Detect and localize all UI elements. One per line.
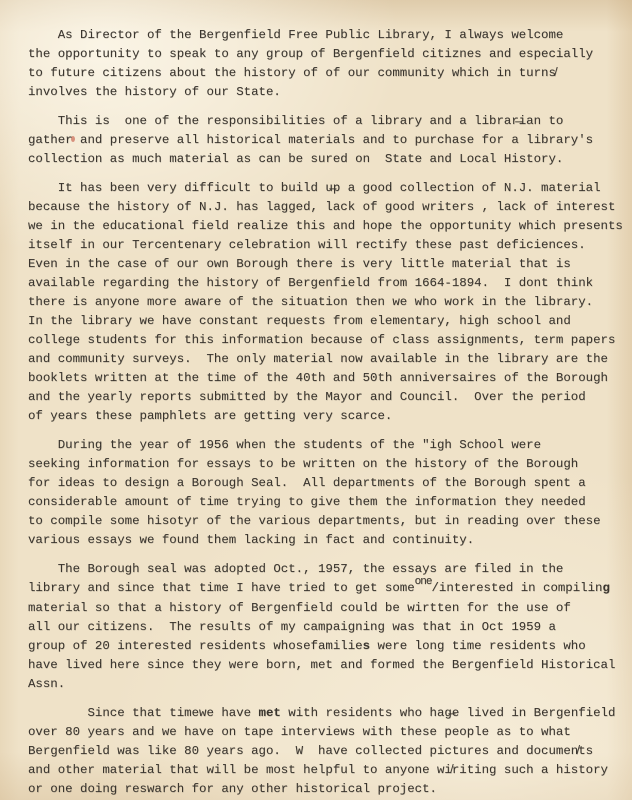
- text-segment: and the yearly reports submitted by the …: [28, 390, 586, 404]
- text-segment: involves the history of our State.: [28, 85, 281, 99]
- typed-insertion-above-line: one: [415, 576, 432, 588]
- text-segment: g: [603, 581, 610, 595]
- text-segment: collection as much material as can be su…: [28, 152, 563, 166]
- text-segment: As Director of the Bergenfield Free Publ…: [28, 28, 563, 42]
- text-line: This is one of the responsibilities of a…: [28, 112, 630, 131]
- text-line: group of 20 interested residents whosefa…: [28, 637, 630, 656]
- typewritten-text: As Director of the Bergenfield Free Publ…: [28, 26, 630, 799]
- text-line: there is anyone more aware of the situat…: [28, 293, 630, 312]
- text-line: collection as much material as can be su…: [28, 150, 630, 169]
- text-segment: material so that a history of Bergenfiel…: [28, 601, 571, 615]
- text-segment: It has been very difficult to build u̶p …: [28, 181, 601, 195]
- paper-page: As Director of the Bergenfield Free Publ…: [0, 0, 632, 800]
- text-segment: The Borough seal was adopted Oct., 1957,…: [28, 562, 563, 576]
- text-segment: group of 20 interested residents whosefa…: [28, 639, 363, 653]
- text-segment: college students for this information be…: [28, 333, 615, 347]
- text-segment: and community surveys. The only material…: [28, 352, 608, 366]
- text-segment: /interested in compilin: [431, 581, 602, 595]
- text-line: itself in our Tercentenary celebration w…: [28, 236, 630, 255]
- text-segment: During the year of 1956 when the student…: [28, 438, 541, 452]
- paragraph: It has been very difficult to build u̶p …: [28, 179, 630, 426]
- text-line: seeking information for essays to be wri…: [28, 455, 630, 474]
- text-segment: of years these pamphlets are getting ver…: [28, 409, 392, 423]
- text-line: considerable amount of time trying to gi…: [28, 493, 630, 512]
- text-segment: various essays we found them lacking in …: [28, 533, 474, 547]
- text-segment: for ideas to design a Borough Seal. All …: [28, 476, 586, 490]
- text-segment: seeking information for essays to be wri…: [28, 457, 578, 471]
- text-line: to compile some hisotyr of the various d…: [28, 512, 630, 531]
- text-line: It has been very difficult to build u̶p …: [28, 179, 630, 198]
- text-line: all our citizens. The results of my camp…: [28, 618, 630, 637]
- text-line: college students for this information be…: [28, 331, 630, 350]
- text-segment: itself in our Tercentenary celebration w…: [28, 238, 586, 252]
- text-line: involves the history of our State.: [28, 83, 630, 102]
- text-segment: Even in the case of our own Borough ther…: [28, 257, 571, 271]
- text-line: gather and preserve all historical mater…: [28, 131, 630, 150]
- text-segment: were long time residents who: [370, 639, 586, 653]
- text-line: In the library we have constant requests…: [28, 312, 630, 331]
- paragraph: During the year of 1956 when the student…: [28, 436, 630, 550]
- text-line: As Director of the Bergenfield Free Publ…: [28, 26, 630, 45]
- text-line: library and since that time I have tried…: [28, 579, 630, 599]
- text-line: or one doing reswarch for any other hist…: [28, 780, 630, 799]
- text-line: During the year of 1956 when the student…: [28, 436, 630, 455]
- text-line: Bergenfield was like 80 years ago. W hav…: [28, 742, 630, 761]
- text-line: for ideas to design a Borough Seal. All …: [28, 474, 630, 493]
- text-line: to future citizens about the history of …: [28, 64, 630, 83]
- text-segment: to future citizens about the history of …: [28, 66, 556, 80]
- text-line: The Borough seal was adopted Oct., 1957,…: [28, 560, 630, 579]
- text-segment: In the library we have constant requests…: [28, 314, 571, 328]
- text-segment: all our citizens. The results of my camp…: [28, 620, 556, 634]
- text-line: and the yearly reports submitted by the …: [28, 388, 630, 407]
- text-segment: Assn.: [28, 677, 65, 691]
- text-segment: because the history of N.J. has lagged, …: [28, 200, 615, 214]
- text-segment: considerable amount of time trying to gi…: [28, 495, 586, 509]
- text-line: of years these pamphlets are getting ver…: [28, 407, 630, 426]
- text-segment: there is anyone more aware of the situat…: [28, 295, 593, 309]
- text-line: and community surveys. The only material…: [28, 350, 630, 369]
- text-line: over 80 years and we have on tape interv…: [28, 723, 630, 742]
- text-segment: with residents who hag̶e lived in Bergen…: [281, 706, 616, 720]
- text-segment: Bergenfield was like 80 years ago. W hav…: [28, 744, 593, 758]
- text-line: available regarding the history of Berge…: [28, 274, 630, 293]
- text-line: Assn.: [28, 675, 630, 694]
- text-line: Since that timewe have met with resident…: [28, 704, 630, 723]
- paragraph: The Borough seal was adopted Oct., 1957,…: [28, 560, 630, 694]
- text-line: because the history of N.J. has lagged, …: [28, 198, 630, 217]
- text-segment: or one doing reswarch for any other hist…: [28, 782, 437, 796]
- text-line: booklets written at the time of the 40th…: [28, 369, 630, 388]
- text-line: have lived here since they were born, me…: [28, 656, 630, 675]
- text-segment: to compile some hisotyr of the various d…: [28, 514, 601, 528]
- text-segment: gather and preserve all historical mater…: [28, 133, 593, 147]
- text-segment: This is one of the responsibilities of a…: [28, 114, 563, 128]
- text-line: material so that a history of Bergenfiel…: [28, 599, 630, 618]
- paragraph: Since that timewe have met with resident…: [28, 704, 630, 799]
- text-segment: s: [363, 639, 370, 653]
- text-segment: booklets written at the time of the 40th…: [28, 371, 608, 385]
- text-segment: the opportunity to speak to any group of…: [28, 47, 593, 61]
- text-segment: we in the educational field realize this…: [28, 219, 623, 233]
- text-segment: over 80 years and we have on tape interv…: [28, 725, 571, 739]
- text-line: Even in the case of our own Borough ther…: [28, 255, 630, 274]
- text-segment: Since that timewe have: [28, 706, 259, 720]
- text-line: and other material that will be most hel…: [28, 761, 630, 780]
- text-segment: library and since that time I have tried…: [28, 581, 415, 595]
- text-line: the opportunity to speak to any group of…: [28, 45, 630, 64]
- text-line: various essays we found them lacking in …: [28, 531, 630, 550]
- text-segment: available regarding the history of Berge…: [28, 276, 593, 290]
- text-segment: have lived here since they were born, me…: [28, 658, 615, 672]
- text-segment: met: [259, 706, 281, 720]
- text-line: we in the educational field realize this…: [28, 217, 630, 236]
- paragraph: This is one of the responsibilities of a…: [28, 112, 630, 169]
- paragraph: As Director of the Bergenfield Free Publ…: [28, 26, 630, 102]
- text-segment: and other material that will be most hel…: [28, 763, 608, 777]
